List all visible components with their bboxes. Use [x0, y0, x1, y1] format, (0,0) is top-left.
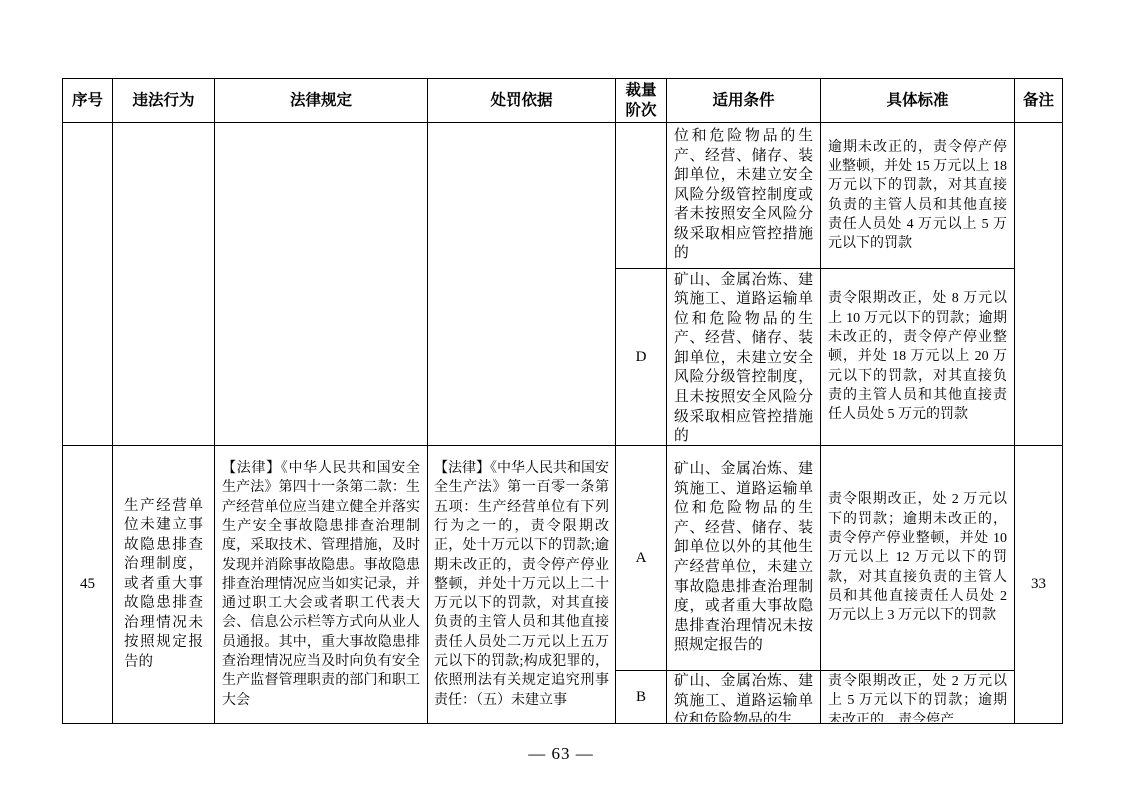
col-header-legal: 法律规定: [215, 79, 428, 123]
cell-45-basis: 【法律】《中华人民共和国安全生产法》第一百零一条第五项：生产经营单位有下列行为之…: [428, 446, 616, 724]
cell-45-remark: 33: [1015, 446, 1063, 724]
col-header-condition: 适用条件: [667, 79, 821, 123]
cell-45-tier-b: B: [616, 671, 667, 724]
cell-45-seq: 45: [63, 446, 113, 724]
document-page: 序号 违法行为 法律规定 处罚依据 裁量 阶次 适用条件 具体标准 备注 位和危…: [0, 0, 1122, 793]
cell-cont-remark: [1015, 123, 1063, 446]
cell-45-behavior: 生产经营单位未建立事故隐患排查治理制度，或者重大事故隐患排查治理情况未按照规定报…: [113, 446, 215, 724]
cell-text: 责令限期改正，处 8 万元以上 10 万元以下的罚款；逾期未改正的，责令停产停业…: [821, 289, 1014, 424]
cell-text: 责令限期改正，处 2 万元以下的罚款；逾期未改正的，责令停产停业整顿，并处 10…: [821, 490, 1014, 625]
cell-cont-seq: [63, 123, 113, 446]
cell-cont-behavior: [113, 123, 215, 446]
cell-cont-basis: [428, 123, 616, 446]
cell-45-condition-b: 矿山、金属冶炼、建筑施工、道路运输单位和危险物品的生: [667, 671, 821, 724]
cell-text: 【法律】《中华人民共和国安全生产法》第四十一条第二款：生产经营单位应当建立健全并…: [215, 459, 427, 710]
col-header-remark: 备注: [1015, 79, 1063, 123]
table-header-row: 序号 违法行为 法律规定 处罚依据 裁量 阶次 适用条件 具体标准 备注: [63, 79, 1063, 123]
col-header-standard: 具体标准: [821, 79, 1015, 123]
cell-cont-standard-1: 逾期未改正的，责令停产停业整顿，并处 15 万元以上 18 万元以下的罚款，对其…: [821, 123, 1015, 269]
cell-text: 生产经营单位未建立事故隐患排查治理制度，或者重大事故隐患排查治理情况未按照规定报…: [113, 497, 214, 673]
cell-cont-tier-2: D: [616, 269, 667, 446]
cell-cont-condition-1: 位和危险物品的生产、经营、储存、装卸单位，未建立安全风险分级管控制度或者未按照安…: [667, 123, 821, 269]
page-number: — 63 —: [0, 744, 1122, 764]
col-header-behavior: 违法行为: [113, 79, 215, 123]
cell-text: 位和危险物品的生产、经营、储存、装卸单位，未建立安全风险分级管控制度或者未按照安…: [667, 127, 820, 264]
cell-text: 矿山、金属冶炼、建筑施工、道路运输单位和危险物品的生: [667, 672, 820, 722]
cell-text: 矿山、金属冶炼、建筑施工、道路运输单位和危险物品的生产、经营、储存、装卸单位以外…: [667, 460, 820, 656]
cell-cont-condition-2: 矿山、金属冶炼、建筑施工、道路运输单位和危险物品的生产、经营、储存、装卸单位，未…: [667, 269, 821, 446]
col-header-seq: 序号: [63, 79, 113, 123]
cell-cont-tier-1: [616, 123, 667, 269]
cell-45-tier-a: A: [616, 446, 667, 671]
cell-cont-standard-2: 责令限期改正，处 8 万元以上 10 万元以下的罚款；逾期未改正的，责令停产停业…: [821, 269, 1015, 446]
cell-45-standard-b: 责令限期改正，处 2 万元以上 5 万元以下的罚款；逾期未改正的，责令停产: [821, 671, 1015, 724]
cell-45-condition-a: 矿山、金属冶炼、建筑施工、道路运输单位和危险物品的生产、经营、储存、装卸单位以外…: [667, 446, 821, 671]
cell-45-legal: 【法律】《中华人民共和国安全生产法》第四十一条第二款：生产经营单位应当建立健全并…: [215, 446, 428, 724]
cell-text: 逾期未改正的，责令停产停业整顿，并处 15 万元以上 18 万元以下的罚款，对其…: [821, 138, 1014, 254]
cell-45-standard-a: 责令限期改正，处 2 万元以下的罚款；逾期未改正的，责令停产停业整顿，并处 10…: [821, 446, 1015, 671]
penalty-discretion-table: 序号 违法行为 法律规定 处罚依据 裁量 阶次 适用条件 具体标准 备注 位和危…: [62, 78, 1063, 724]
cell-text: 【法律】《中华人民共和国安全生产法》第一百零一条第五项：生产经营单位有下列行为之…: [428, 459, 615, 710]
cell-text: 矿山、金属冶炼、建筑施工、道路运输单位和危险物品的生产、经营、储存、装卸单位，未…: [667, 271, 820, 444]
col-header-basis: 处罚依据: [428, 79, 616, 123]
table-row: 位和危险物品的生产、经营、储存、装卸单位，未建立安全风险分级管控制度或者未按照安…: [63, 123, 1063, 269]
cell-text: 责令限期改正，处 2 万元以上 5 万元以下的罚款；逾期未改正的，责令停产: [821, 672, 1014, 722]
table-row: 45 生产经营单位未建立事故隐患排查治理制度，或者重大事故隐患排查治理情况未按照…: [63, 446, 1063, 671]
col-header-tier: 裁量 阶次: [616, 79, 667, 123]
cell-cont-legal: [215, 123, 428, 446]
